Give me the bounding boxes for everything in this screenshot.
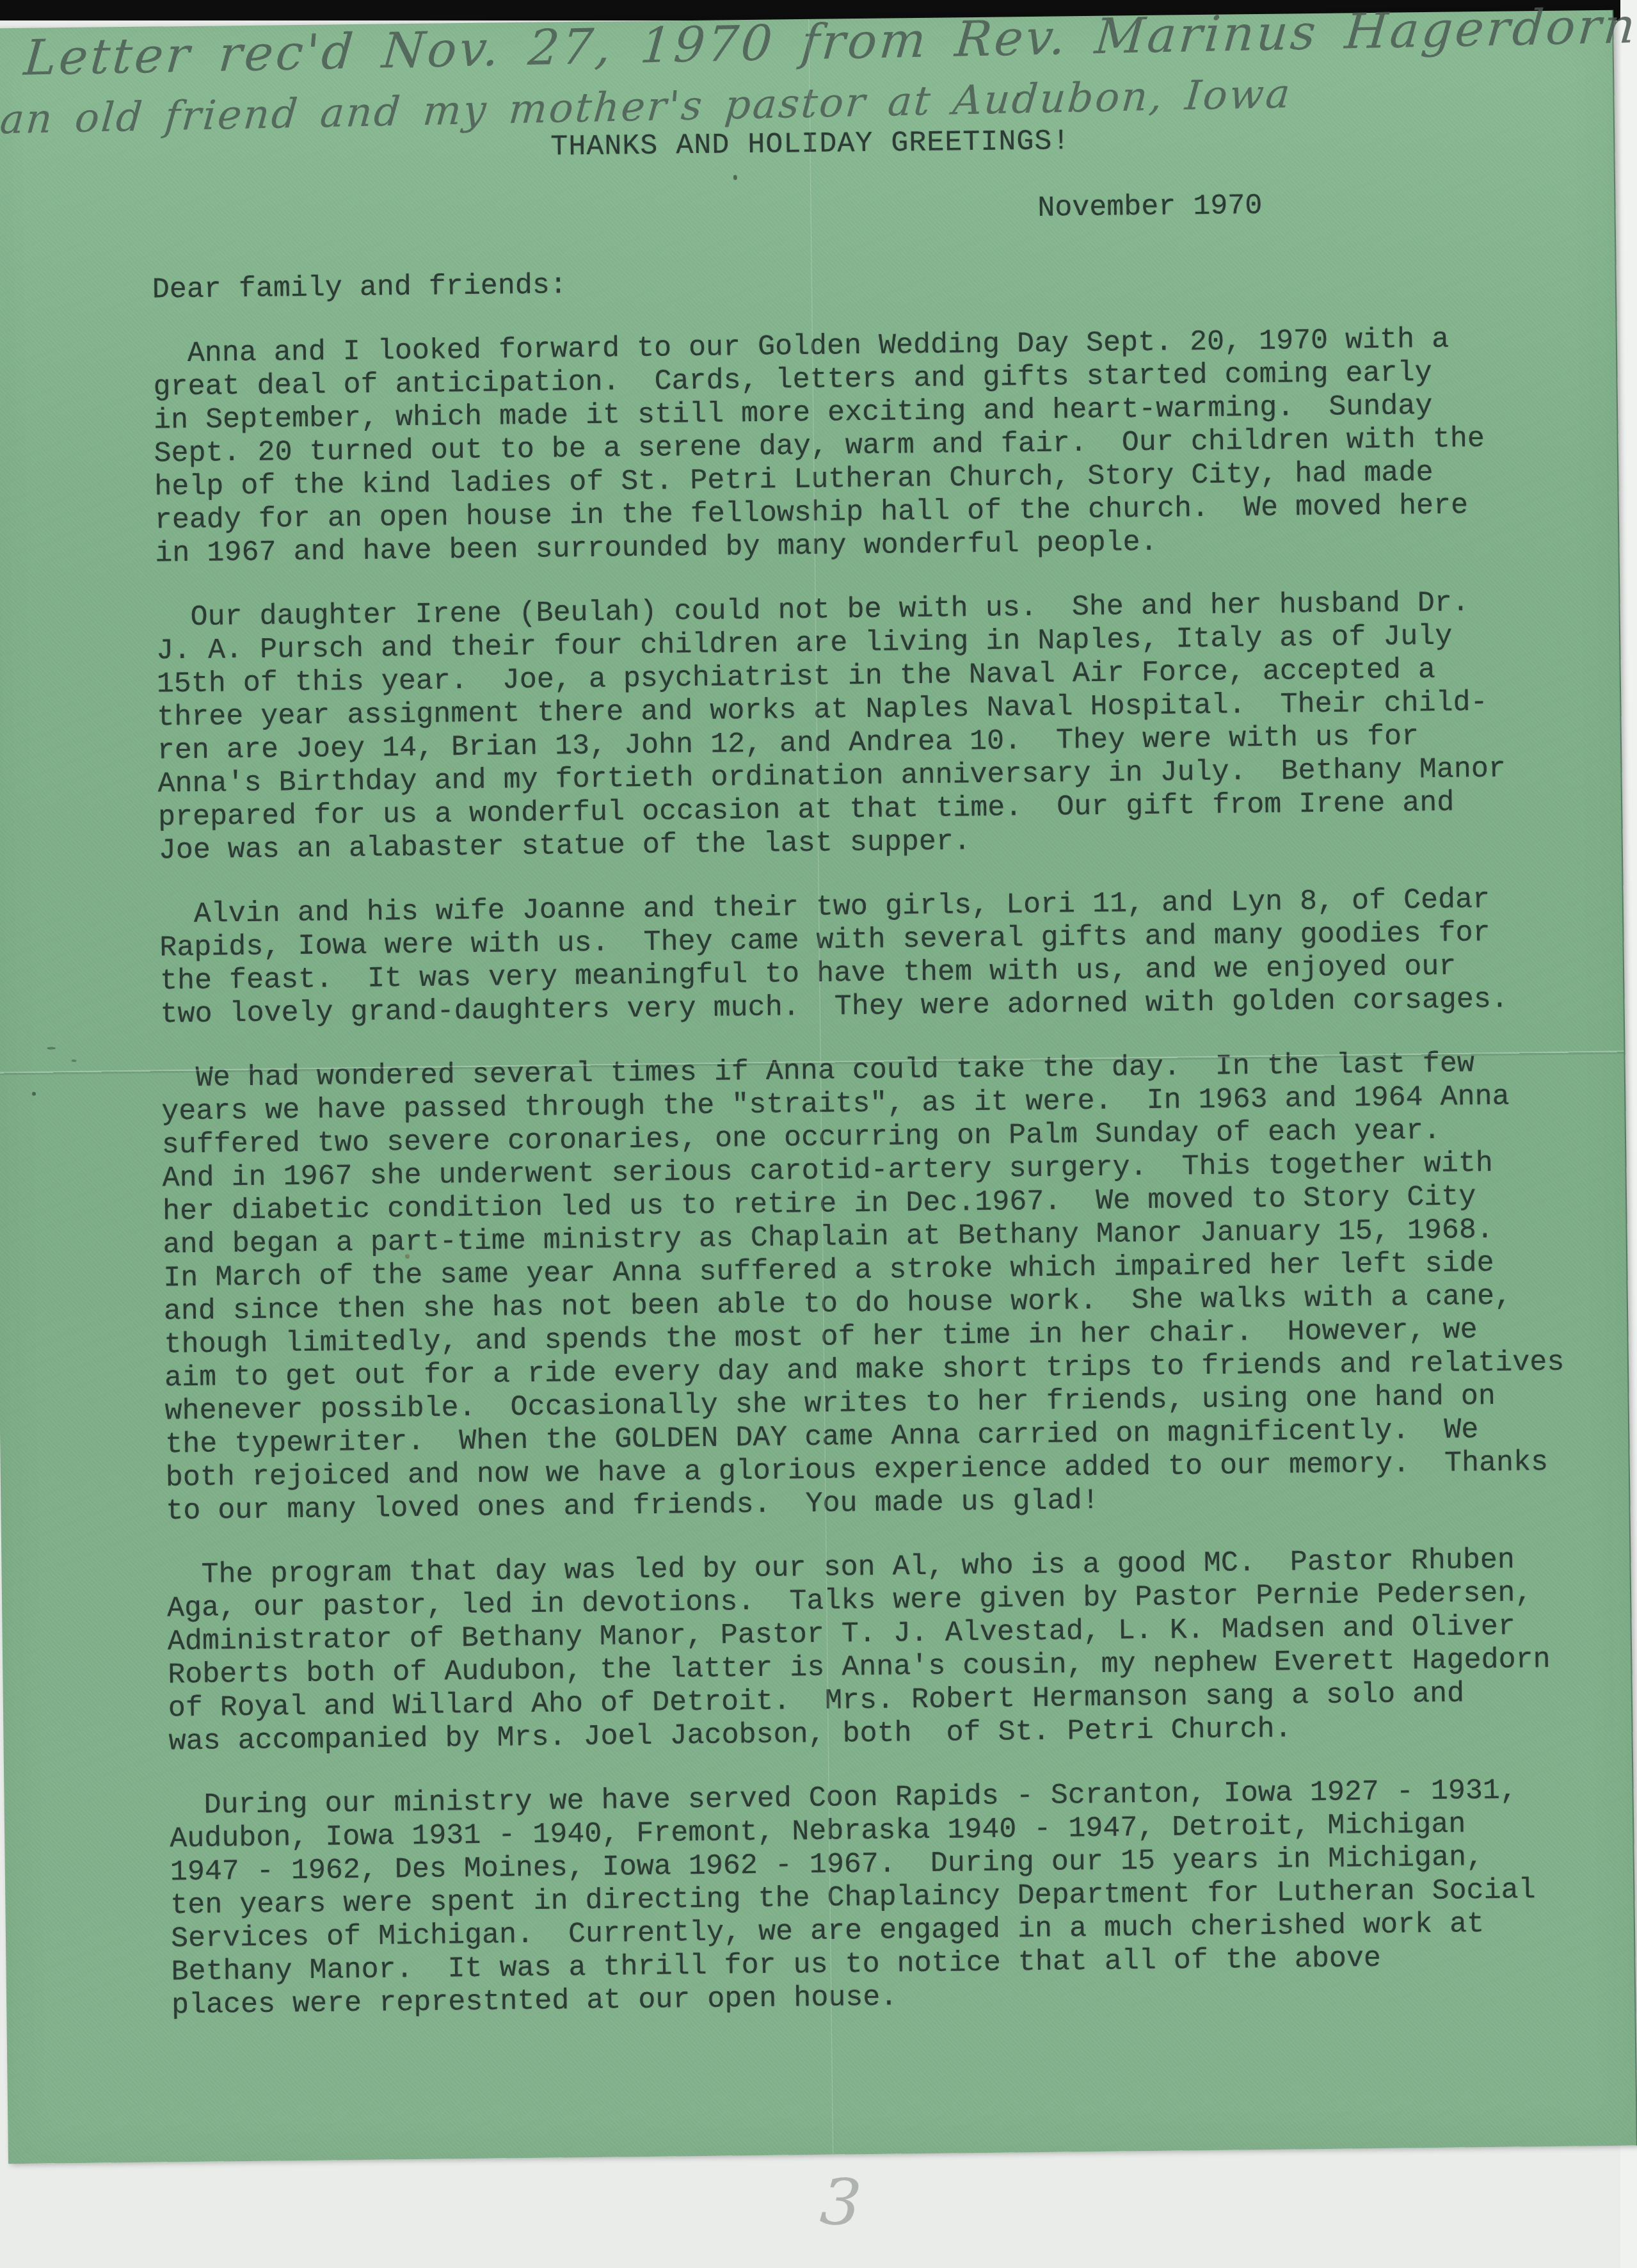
letter-content: THANKS AND HOLIDAY GREETINGS! November 1… — [0, 10, 1636, 2164]
ink-speck — [405, 1254, 410, 1259]
letter-date: November 1970 — [1037, 186, 1615, 225]
letter-title: THANKS AND HOLIDAY GREETINGS! — [550, 119, 1613, 165]
ink-speck — [1016, 92, 1019, 96]
letter-body: Anna and I looked forward to our Golden … — [153, 321, 1635, 2023]
letter-salutation: Dear family and friends: — [152, 257, 1615, 307]
ink-speck — [32, 1092, 36, 1096]
scanned-letter-page: Letter rec'd Nov. 27, 1970 from Rev. Mar… — [0, 0, 1637, 2268]
ink-speck — [733, 175, 737, 180]
page-number-pencil: 3 — [818, 2164, 864, 2241]
letter-paper: Letter rec'd Nov. 27, 1970 from Rev. Mar… — [0, 10, 1637, 2164]
